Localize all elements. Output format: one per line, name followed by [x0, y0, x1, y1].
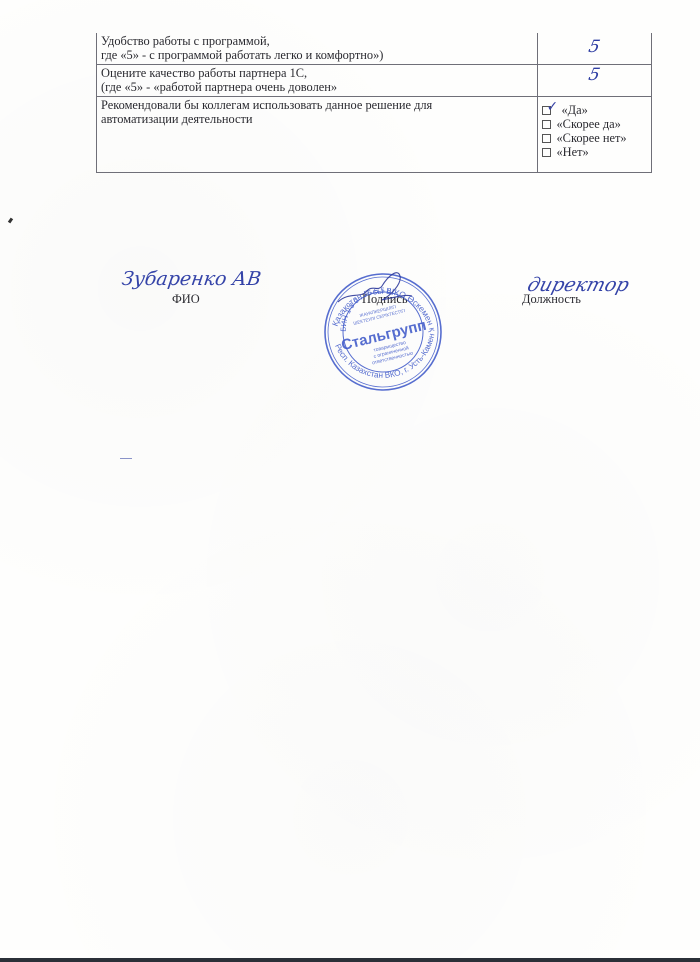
table-row: Оцените качество работы партнера 1С, (гд…: [97, 65, 652, 97]
question-text: Рекомендовали бы коллегам использовать д…: [101, 98, 533, 112]
option-skoree-net[interactable]: «Скорее нет»: [542, 131, 647, 145]
answer-cell: 5: [538, 65, 652, 97]
position-label: Должность: [522, 292, 581, 307]
answer-cell: ✓ «Да» «Скорее да» «Скорее нет» «Нет»: [538, 97, 652, 173]
handwritten-score: 5: [541, 40, 648, 54]
scan-mark: [8, 218, 13, 224]
checkbox-icon[interactable]: [542, 120, 551, 129]
handwritten-name: Зубаренко АВ: [120, 268, 262, 290]
name-label: ФИО: [172, 292, 200, 307]
scan-edge: [0, 958, 700, 962]
survey-table: Удобство работы с программой, где «5» - …: [96, 33, 652, 173]
question-text: Оцените качество работы партнера 1С,: [101, 66, 533, 80]
checkbox-icon[interactable]: [542, 148, 551, 157]
checkbox-icon[interactable]: [542, 134, 551, 143]
question-cell: Удобство работы с программой, где «5» - …: [97, 33, 538, 65]
question-cell: Рекомендовали бы коллегам использовать д…: [97, 97, 538, 173]
table-row: Удобство работы с программой, где «5» - …: [97, 33, 652, 65]
option-label: «Нет»: [556, 145, 588, 159]
question-cell: Оцените качество работы партнера 1С, (гд…: [97, 65, 538, 97]
document-page: Удобство работы с программой, где «5» - …: [0, 0, 700, 962]
question-text: Удобство работы с программой,: [101, 34, 533, 48]
option-label: «Скорее да»: [556, 117, 620, 131]
handwritten-score: 5: [541, 68, 648, 82]
question-text: (где «5» - «работой партнера очень довол…: [101, 80, 533, 94]
question-text: где «5» - с программой работать легко и …: [101, 48, 533, 62]
checkmark-icon: ✓: [546, 100, 558, 114]
option-da[interactable]: ✓ «Да»: [542, 103, 647, 117]
answer-cell: 5: [538, 33, 652, 65]
option-skoree-da[interactable]: «Скорее да»: [542, 117, 647, 131]
option-label: «Скорее нет»: [556, 131, 626, 145]
company-stamp: Қазақстан Р-сы ШҚО Өскемен қ-сы Респ. Ка…: [320, 262, 446, 398]
option-net[interactable]: «Нет»: [542, 145, 647, 159]
scan-mark: [120, 458, 132, 459]
question-text: автоматизации деятельности: [101, 112, 533, 126]
option-label: «Да»: [561, 103, 587, 117]
table-row: Рекомендовали бы коллегам использовать д…: [97, 97, 652, 173]
checkbox-icon[interactable]: ✓: [542, 106, 551, 115]
